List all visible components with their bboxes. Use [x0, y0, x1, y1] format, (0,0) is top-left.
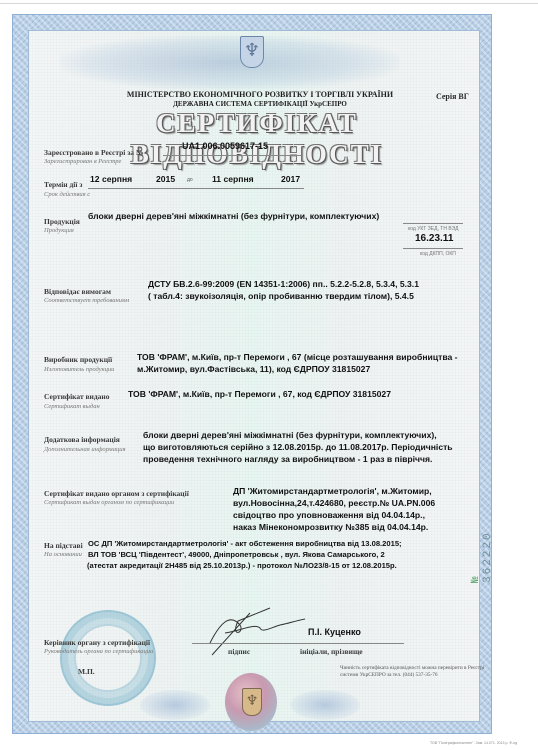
- validity-from-year: 2015: [156, 174, 175, 185]
- issued-to-value: ТОВ 'ФРАМ', м.Київ, пр-т Перемоги , 67, …: [128, 389, 391, 400]
- trident-icon: ♆: [240, 36, 264, 68]
- manufacturer-label: Виробник продукції: [44, 355, 112, 364]
- serial-prefix: №: [470, 574, 482, 583]
- page-edge-line: [0, 3, 538, 4]
- basis-line-1: ОС ДП 'Житомирстандартметрологія' - акт …: [88, 538, 402, 549]
- issued-to-label-ru: Сертификат выдан: [44, 403, 100, 410]
- validity-to-day: 11 серпня: [212, 174, 254, 185]
- manufacturer-label-ru: Изготовитель продукции: [44, 366, 114, 373]
- ministry-heading: МІНІСТЕРСТВО ЕКОНОМІЧНОГО РОЗВИТКУ І ТОР…: [80, 90, 440, 99]
- issuing-body-label-ru: Сертификат выдан органом по сертификации: [44, 499, 174, 506]
- system-heading: ДЕРЖАВНА СИСТЕМА СЕРТИФІКАЦІЇ УкрСЕПРО: [80, 100, 440, 108]
- verification-note: Чинність сертифіката відповідності можна…: [340, 665, 485, 678]
- code-line-top: [403, 223, 463, 224]
- signature-underline: [192, 643, 404, 644]
- additional-line-2: що виготовляються серійно з 12.08.2015р.…: [143, 442, 453, 453]
- product-code: 16.23.11: [415, 233, 453, 244]
- product-value: блоки дверні дерев'яні міжкімнатні (без …: [88, 211, 379, 222]
- registry-number: UA1.006.0059617-15: [182, 141, 268, 152]
- additional-line-3: проведення технічного нагляду за виробни…: [143, 454, 432, 465]
- manufacturer-line-1: ТОВ 'ФРАМ', м.Київ, пр-т Перемоги , 67 (…: [137, 352, 458, 363]
- basis-label-ru: На основании: [44, 551, 82, 558]
- validity-to-word: до: [187, 177, 193, 183]
- series-label: Серія ВГ: [436, 92, 469, 101]
- additional-label: Додаткова інформація: [44, 435, 120, 444]
- basis-line-3: (атестат акредитації 2Н485 від 25.10.201…: [87, 560, 397, 571]
- code-line-bottom: [403, 248, 463, 249]
- printer-imprint: ТОВ "Поліграфконсалтинг". Зам. 14.071. 2…: [430, 741, 517, 745]
- ornament-lion-right: [290, 690, 360, 720]
- additional-line-1: блоки дверні дерев'яні міжкімнатні (без …: [143, 430, 437, 441]
- ornament-header: [60, 35, 400, 90]
- code-label-top: код УКТ ЗЕД, ТН ВЭД: [408, 226, 458, 232]
- signature: [200, 603, 310, 658]
- issuing-body-line-4: наказ Мінекономрозвитку №385 від 04.04.1…: [233, 522, 428, 533]
- serial-number: № 362220: [470, 515, 494, 583]
- basis-line-2: ВЛ ТОВ 'ВСЦ 'Південтест', 49000, Дніпроп…: [88, 549, 385, 560]
- requirements-label-ru: Соответствует требованиям: [44, 297, 129, 304]
- registry-label: Зареєстровано в Реєстрі за №: [44, 148, 143, 157]
- issuing-body-line-3: свідоцтво про уповноваження від 04.04.14…: [233, 510, 425, 521]
- product-label: Продукція: [44, 217, 80, 226]
- requirements-line-2: ( табл.4: звукоізоляція, опір пробиванню…: [148, 291, 414, 302]
- manufacturer-line-2: м.Житомир, вул.Фастівська, 11), код ЄДРП…: [137, 364, 370, 375]
- requirements-label: Відповідає вимогам: [44, 287, 111, 296]
- name-caption: ініціали, прізвище: [300, 647, 363, 656]
- issuing-body-line-1: ДП 'Житомирстандартметрологія', м.Житоми…: [233, 486, 432, 497]
- basis-label: На підставі: [44, 541, 83, 550]
- registry-label-ru: Зарегистрирован в Реестре: [44, 158, 121, 165]
- product-label-ru: Продукция: [44, 227, 74, 234]
- additional-label-ru: Дополнительная информация: [44, 446, 125, 453]
- serial-digits: 362220: [482, 531, 494, 583]
- code-label-bottom: код ДКПП, ОКП: [420, 251, 456, 257]
- trident-hologram-icon: ♆: [242, 688, 262, 716]
- issuing-body-line-2: вул.Новосінна,24,т.424680, реєстр.№ UA.P…: [233, 498, 435, 509]
- official-stamp: [60, 610, 156, 706]
- ornament-lion-left: [140, 690, 210, 720]
- validity-label: Термін дії з: [44, 180, 82, 189]
- requirements-line-1: ДСТУ БВ.2.6-99:2009 (EN 14351-1:2006) пп…: [148, 279, 419, 290]
- validity-label-ru: Срок действия с: [44, 191, 90, 198]
- validity-from-day: 12 серпня: [90, 174, 132, 185]
- seal-label: М.П.: [78, 667, 95, 676]
- validity-to-year: 2017: [281, 174, 300, 185]
- signatory-label-ru: Руководитель органа по сертификации: [44, 648, 153, 655]
- validity-underline: [88, 188, 304, 189]
- issued-to-label: Сертифікат видано: [44, 392, 110, 401]
- registry-underline: [163, 155, 303, 156]
- signatory-name: П.І. Куценко: [308, 627, 361, 638]
- signatory-label: Керівник органу з сертифікації: [44, 638, 150, 647]
- issuing-body-label: Сертифікат видано органом з сертифікації: [44, 489, 189, 498]
- signature-caption: підпис: [228, 647, 250, 656]
